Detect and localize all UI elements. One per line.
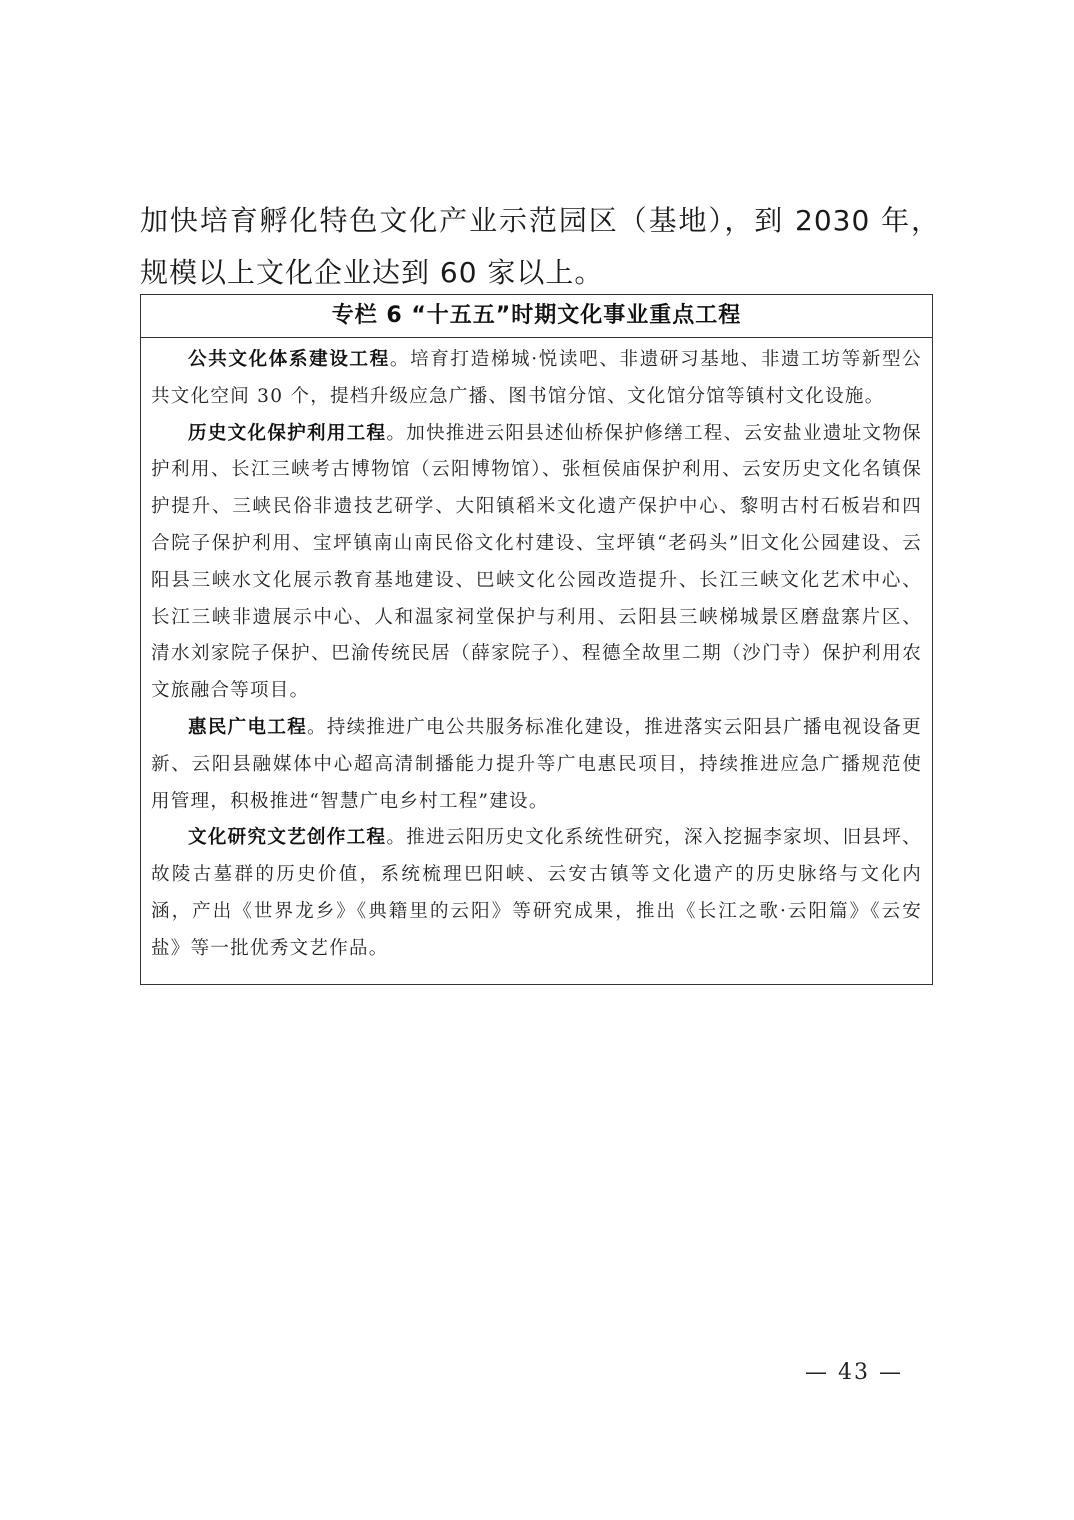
item-title: 惠民广电工程 — [188, 717, 307, 738]
intro-paragraph: 加快培育孵化特色文化产业示范园区（基地），到 2030 年，规模以上文化企业达到… — [140, 195, 940, 299]
box-item-research: 文化研究文艺创作工程。推进云阳历史文化系统性研究，深入挖掘李家坝、旧县坪、故陵古… — [151, 820, 922, 967]
box-item-heritage: 历史文化保护利用工程。加快推进云阳县述仙桥保护修缮工程、云安盐业遗址文物保护利用… — [151, 416, 922, 710]
box-item-broadcast: 惠民广电工程。持续推进广电公共服务标准化建设，推进落实云阳县广播电视设备更新、云… — [151, 710, 922, 820]
item-title: 文化研究文艺创作工程 — [188, 827, 386, 848]
item-text: 。加快推进云阳县述仙桥保护修缮工程、云安盐业遗址文物保护利用、长江三峡考古博物馆… — [151, 423, 922, 702]
box-title: 专栏 6 “十五五”时期文化事业重点工程 — [141, 295, 932, 338]
item-title: 历史文化保护利用工程 — [188, 423, 386, 444]
item-title: 公共文化体系建设工程 — [188, 349, 390, 370]
feature-box: 专栏 6 “十五五”时期文化事业重点工程 公共文化体系建设工程。培育打造梯城·悦… — [140, 294, 933, 985]
intro-text: 加快培育孵化特色文化产业示范园区（基地），到 2030 年，规模以上文化企业达到… — [140, 195, 940, 299]
page-number: — 43 — — [805, 1360, 903, 1385]
box-item-public-culture: 公共文化体系建设工程。培育打造梯城·悦读吧、非遗研习基地、非遗工坊等新型公共文化… — [151, 342, 922, 416]
box-body: 公共文化体系建设工程。培育打造梯城·悦读吧、非遗研习基地、非遗工坊等新型公共文化… — [141, 338, 932, 968]
